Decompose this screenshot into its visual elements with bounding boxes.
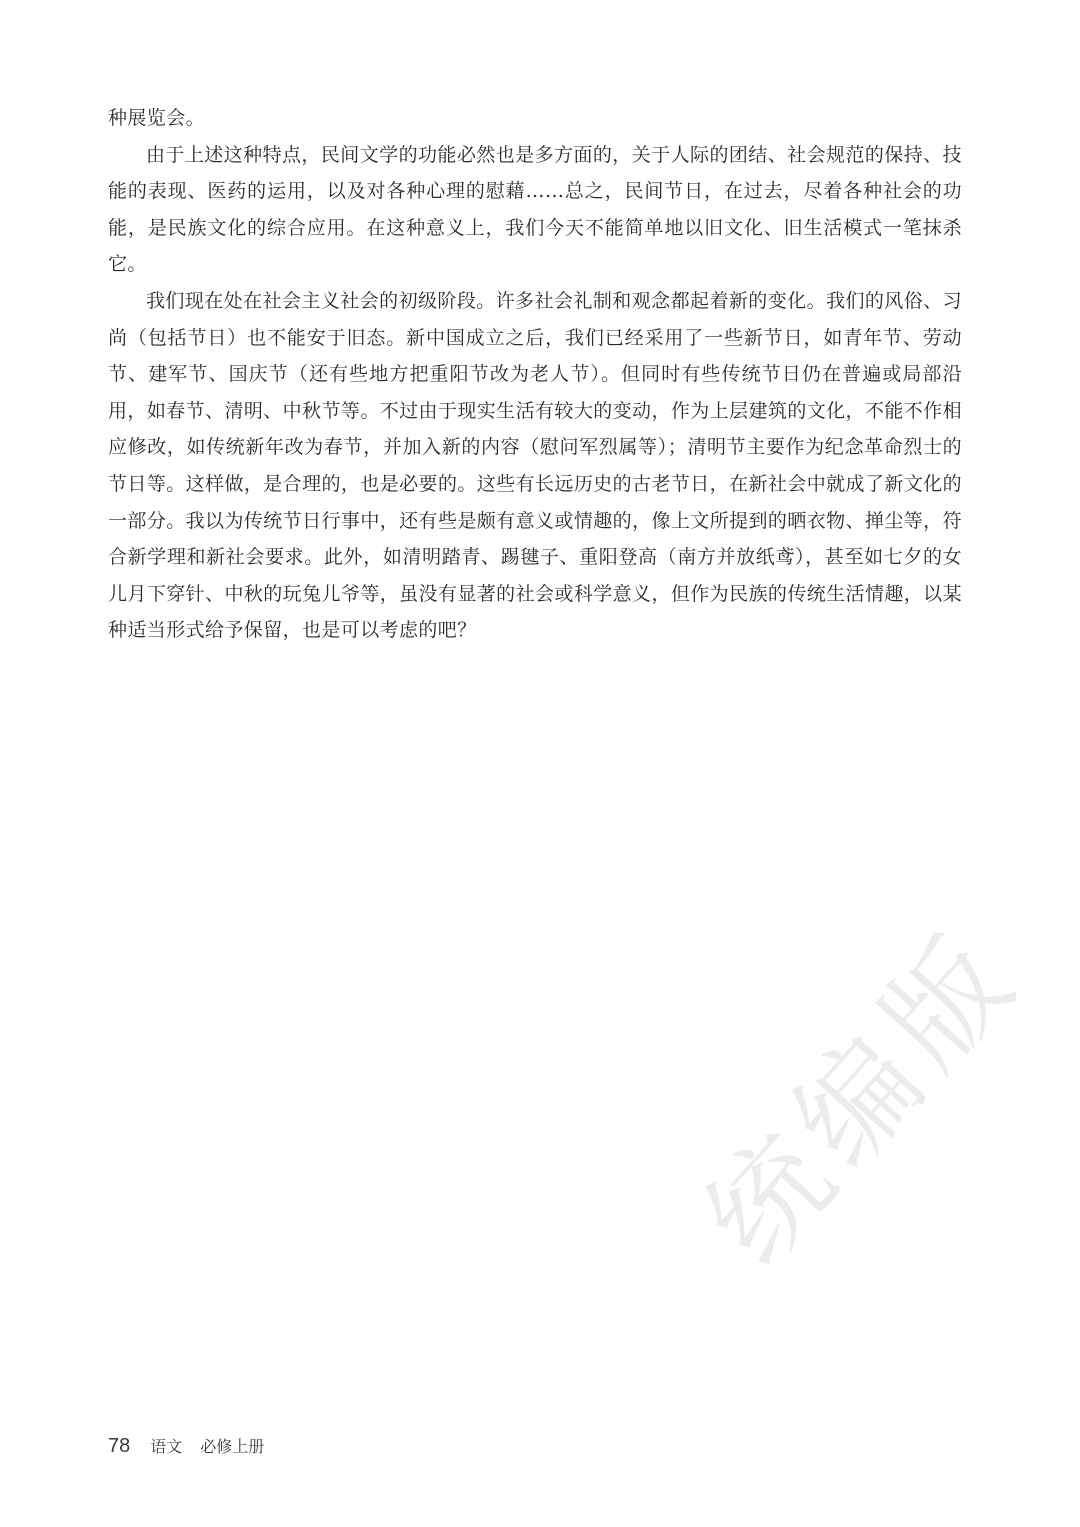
book-volume: 必修上册 <box>200 1434 264 1457</box>
book-subject: 语文 <box>150 1434 182 1457</box>
paragraph-socialist-festivals: 我们现在处在社会主义社会的初级阶段。许多社会礼制和观念都起着新的变化。我们的风俗… <box>108 283 962 649</box>
paragraph-continuation: 种展览会。 <box>108 100 962 137</box>
page-number: 78 <box>108 1435 130 1458</box>
paragraph-folk-literature-functions: 由于上述这种特点，民间文学的功能必然也是多方面的，关于人际的团结、社会规范的保持… <box>108 137 962 283</box>
page-body: 种展览会。 由于上述这种特点，民间文学的功能必然也是多方面的，关于人际的团结、社… <box>108 100 962 649</box>
watermark: 统编版 <box>660 886 1051 1294</box>
page-footer: 78 语文 必修上册 <box>108 1434 264 1458</box>
